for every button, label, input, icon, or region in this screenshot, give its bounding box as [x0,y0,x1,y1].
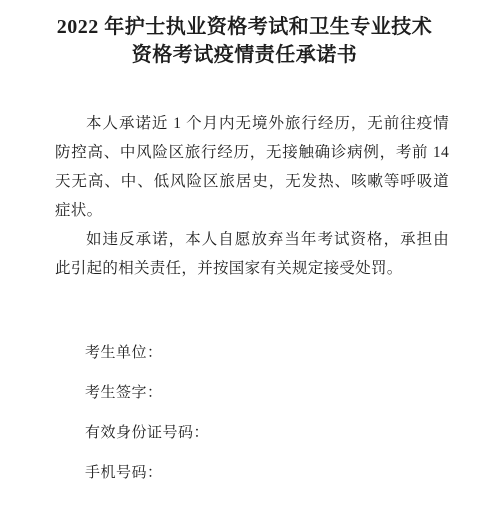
document-body: 本人承诺近 1 个月内无境外旅行经历，无前往疫情防控高、中风险区旅行经历，无接触… [55,109,449,283]
field-candidate-signature: 考生签字： [85,385,209,425]
field-id-number-label: 有效身份证号码： [85,425,209,441]
title-line-1: 2022 年护士执业资格考试和卫生专业技术 [0,13,489,41]
document-page: 2022 年护士执业资格考试和卫生专业技术 资格考试疫情责任承诺书 本人承诺近 … [0,0,489,513]
field-candidate-unit-label: 考生单位： [85,345,163,361]
field-phone-number: 手机号码： [85,465,209,505]
field-id-number: 有效身份证号码： [85,425,209,465]
paragraph-violation-penalty: 如违反承诺，本人自愿放弃当年考试资格，承担由此引起的相关责任，并按国家有关规定接… [55,225,449,283]
field-candidate-unit: 考生单位： [85,345,209,385]
document-title: 2022 年护士执业资格考试和卫生专业技术 资格考试疫情责任承诺书 [0,0,489,69]
signature-fields: 考生单位： 考生签字： 有效身份证号码： 手机号码： [85,345,209,505]
field-phone-number-label: 手机号码： [85,465,163,481]
paragraph-health-commitment: 本人承诺近 1 个月内无境外旅行经历，无前往疫情防控高、中风险区旅行经历，无接触… [55,109,449,225]
field-candidate-signature-label: 考生签字： [85,385,163,401]
title-line-2: 资格考试疫情责任承诺书 [0,41,489,69]
